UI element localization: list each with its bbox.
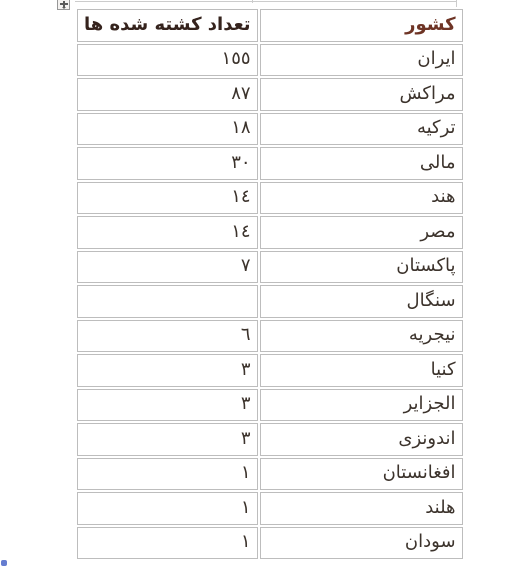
count-cell: ١٤ (77, 182, 258, 215)
count-cell: ٣ (77, 423, 258, 456)
country-cell: مصر (260, 216, 463, 249)
count-cell: ١٤ (77, 216, 258, 249)
count-cell: ٣ (77, 354, 258, 387)
move-arrow-horizontal (60, 3, 68, 5)
table-row: سنگال (77, 285, 463, 318)
count-cell: ٧ (77, 251, 258, 284)
count-cell: ١٥٥ (77, 44, 258, 77)
country-cell: مالی (260, 147, 463, 180)
count-cell: ٣ (77, 389, 258, 422)
table-row: ایران ١٥٥ (77, 44, 463, 77)
count-cell (77, 285, 258, 318)
country-cell: افغانستان (260, 458, 463, 491)
country-cell: مراکش (260, 78, 463, 111)
table-row: مالی ٣٠ (77, 147, 463, 180)
country-cell: پاکستان (260, 251, 463, 284)
table-row: هلند ١ (77, 492, 463, 525)
country-cell: نیجریه (260, 320, 463, 353)
table-row: مصر ١٤ (77, 216, 463, 249)
blue-artifact (1, 560, 7, 566)
country-cell: ایران (260, 44, 463, 77)
table-row: الجزایر ٣ (77, 389, 463, 422)
country-header: کشور (260, 9, 463, 42)
casualties-table: کشور تعداد کشته شده ها ایران ١٥٥ مراکش ٨… (75, 7, 465, 561)
count-header: تعداد کشته شده ها (77, 9, 258, 42)
count-cell: ١٨ (77, 113, 258, 146)
country-cell: سنگال (260, 285, 463, 318)
country-cell: هند (260, 182, 463, 215)
count-cell: ١ (77, 492, 258, 525)
move-arrow-head (62, 7, 66, 9)
header-row: کشور تعداد کشته شده ها (77, 9, 463, 42)
table-row: ترکیه ١٨ (77, 113, 463, 146)
table-row: نیجریه ٦ (77, 320, 463, 353)
country-cell: اندونزی (260, 423, 463, 456)
document-page: کشور تعداد کشته شده ها ایران ١٥٥ مراکش ٨… (0, 0, 507, 571)
table-row: کنیا ٣ (77, 354, 463, 387)
count-cell: ٨٧ (77, 78, 258, 111)
count-cell: ١ (77, 458, 258, 491)
cut-row-bottom-border (75, 1, 457, 2)
table-move-handle-icon[interactable] (57, 0, 70, 10)
cut-row-divider-stub (252, 0, 253, 3)
count-cell: ٦ (77, 320, 258, 353)
country-cell: ترکیه (260, 113, 463, 146)
cut-row-right-stub (456, 0, 457, 7)
table-row: اندونزی ٣ (77, 423, 463, 456)
table-row: سودان ١ (77, 527, 463, 560)
country-cell: هلند (260, 492, 463, 525)
table-row: مراکش ٨٧ (77, 78, 463, 111)
country-cell: کنیا (260, 354, 463, 387)
country-cell: سودان (260, 527, 463, 560)
table-row: پاکستان ٧ (77, 251, 463, 284)
table-row: افغانستان ١ (77, 458, 463, 491)
count-cell: ١ (77, 527, 258, 560)
country-cell: الجزایر (260, 389, 463, 422)
count-cell: ٣٠ (77, 147, 258, 180)
table-row: هند ١٤ (77, 182, 463, 215)
